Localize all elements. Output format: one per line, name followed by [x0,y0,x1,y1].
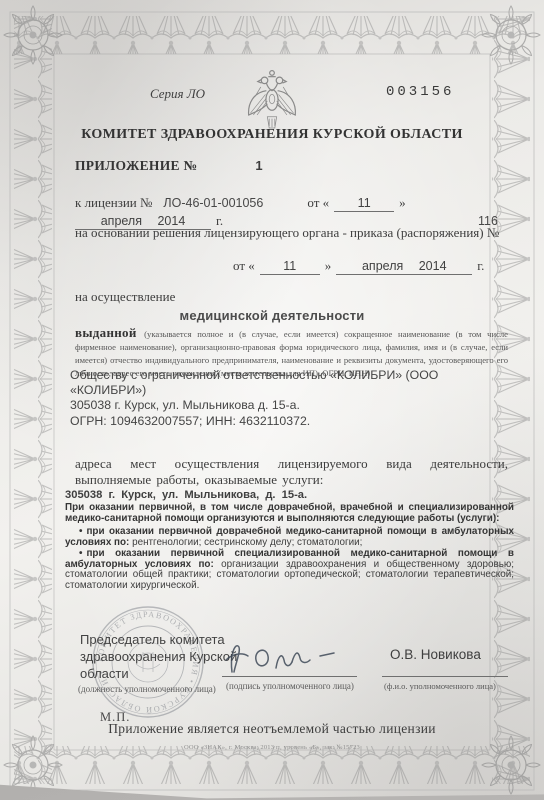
appendix-row: ПРИЛОЖЕНИЕ №1 [75,157,263,175]
organization-requisites: ОГРН: 1094632007557; ИНН: 4632110372. [70,414,510,429]
license-label: к лицензии № [75,195,152,210]
bullet-icon: • [79,548,82,559]
series-label: Серия ЛО [150,86,205,102]
service-item-text: рентгенологии; сестринскому делу; стомат… [132,537,362,548]
document-paper: КОМИТЕТ ЗДРАВООХРАНЕНИЯ • КУРСКОЙ ОБЛАСТ… [0,0,544,800]
coat-of-arms-icon [244,66,300,134]
handwritten-signature [222,632,342,677]
service-item: •при оказании первичной доврачебной меди… [65,527,514,548]
signature-line [222,676,357,677]
organization-name: Обществу с ограниченной ответственностью… [70,368,510,398]
issued-word: выданной [75,325,137,340]
order-date-day: 11 [260,259,320,275]
order-date-month-year: апреля 2014 [336,259,472,275]
organization-block: Обществу с ограниченной ответственностью… [70,368,510,429]
license-number: ЛО-46-01-001056 [163,196,301,210]
services-intro-text: При оказании первичной, в том числе довр… [65,502,514,524]
order-date-close: » [325,258,332,273]
name-note: (ф.и.о. уполномоченного лица) [384,681,496,691]
page-title: КОМИТЕТ ЗДРАВООХРАНЕНИЯ КУРСКОЙ ОБЛАСТИ [0,127,544,143]
activity-prefix: на осуществление [75,289,175,305]
footer-note: Приложение является неотъемлемой частью … [0,721,544,737]
appendix-number: 1 [255,158,262,173]
name-line [382,676,508,677]
service-address: 305038 г. Курск, ул. Мыльникова, д. 15-а… [65,489,307,501]
services-intro: При оказании первичной, в том числе довр… [65,503,514,524]
services-list: •при оказании первичной доврачебной меди… [65,526,514,592]
activity-name: медицинской деятельности [0,308,544,323]
printer-imprint: ООО «ЗНАК», г. Москва, 2013 г., уровень … [0,744,544,751]
basis-label: на основании решения лицензирующего орга… [75,225,499,240]
service-item: •при оказании первичной специализированн… [65,549,514,591]
basis-line: на основании решения лицензирующего орга… [75,224,507,242]
order-number: 116 [478,214,498,228]
signatory-name: О.В. Новикова [390,647,481,662]
date-open-label: от « [307,195,329,210]
organization-address: 305038 г. Курск, ул. Мыльникова д. 15-а. [70,398,510,413]
position-note: (должность уполномоченного лица) [78,684,216,694]
signature-note: (подпись уполномоченного лица) [226,681,354,691]
appendix-label: ПРИЛОЖЕНИЕ № [75,158,197,173]
serial-number: 003156 [386,84,454,100]
order-date-open: от « [233,258,255,273]
order-date-line: от «11»апреля 2014г. [233,257,484,275]
order-year-suffix: г. [477,258,484,273]
license-date-day: 11 [334,196,394,212]
bullet-icon: • [79,526,82,537]
date-close-label: » [399,195,406,210]
services-header: адреса мест осуществления лицензируемого… [75,456,508,488]
